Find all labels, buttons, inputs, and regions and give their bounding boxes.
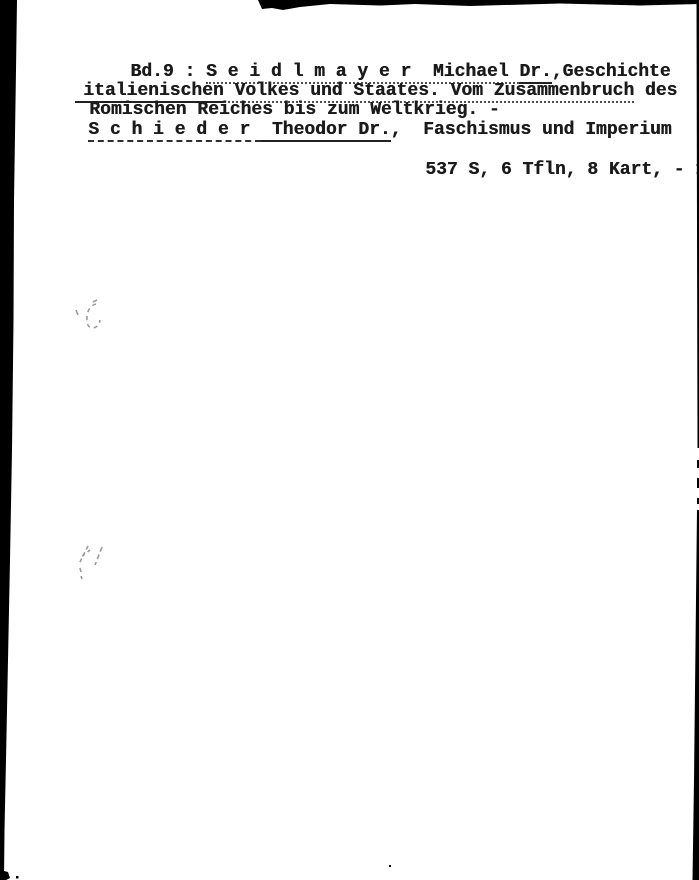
line4-title: , Faschismus und Imperium <box>391 121 672 139</box>
pencil-mark-upper-icon <box>76 300 100 328</box>
scanned-card-page: Bd.9 : S e i d l m a y e r Michael Dr.,G… <box>0 0 699 880</box>
scan-edge-left <box>0 0 17 880</box>
author-schieder: S c h i e d e r <box>88 121 261 142</box>
scan-speck-dot <box>389 865 391 867</box>
author-schieder-name: Theodor Dr. <box>261 121 391 142</box>
line2-title-end: des <box>634 82 677 100</box>
pencil-mark-lower-icon <box>79 546 102 579</box>
collation-pages-year: 537 S, 6 Tfln, 8 Kart, - 1940 <box>425 161 699 179</box>
scan-edge-right-lower <box>693 510 699 880</box>
scan-edge-bottom-left <box>0 843 19 880</box>
typed-line-collation: 537 S, 6 Tfln, 8 Kart, - 1940 <box>382 143 699 197</box>
scan-edge-top <box>258 0 699 10</box>
